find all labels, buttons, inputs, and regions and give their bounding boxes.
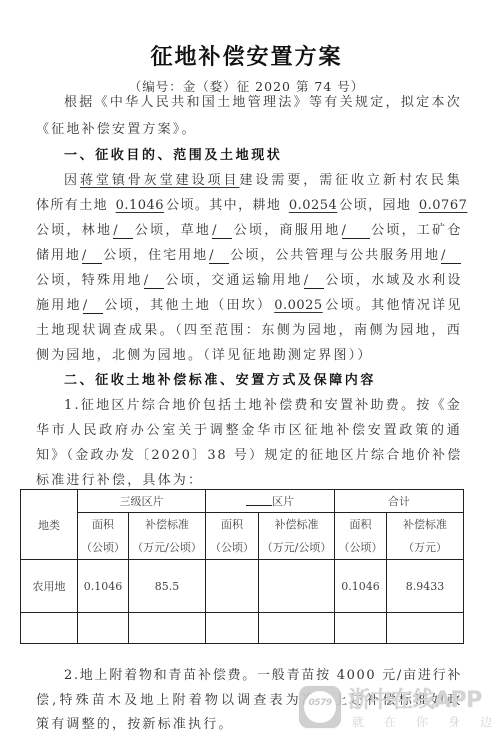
item-1-line-3: 知》（金政办发〔2020〕38 号）规定的征地区片综合地价补偿 bbox=[36, 447, 462, 465]
app-logo-icon: 0579 bbox=[298, 685, 342, 729]
intro-line-2: 《征地补偿安置方案》。 bbox=[36, 121, 462, 139]
area-unit: （公顷） bbox=[335, 536, 386, 559]
text: 公顷，园地 bbox=[339, 198, 411, 213]
text: 公顷，草地 bbox=[134, 223, 211, 238]
text: 公顷，林地 bbox=[36, 223, 112, 238]
garden-area-value: 0.0767 bbox=[417, 198, 470, 213]
cell-land-type bbox=[21, 613, 78, 644]
cultivated-area-value: 0.0254 bbox=[287, 198, 340, 213]
standard-unit: （万元） bbox=[387, 536, 463, 559]
section-1-heading: 一、征收目的、范围及土地现状 bbox=[64, 147, 462, 165]
project-name: 蒋堂镇骨灰堂建设项目 bbox=[80, 173, 240, 188]
table-row bbox=[21, 613, 464, 644]
cell-land-type: 农用地 bbox=[21, 560, 78, 613]
header-group-blank-zone: 区片 bbox=[206, 490, 335, 513]
compensation-table: 地类 三级区片 区片 合计 面积（公顷） 补偿标准（万元/公顷） 面积（公顷） … bbox=[20, 489, 464, 644]
section-1-line-4: 储用地/公顷，住宅用地/公顷，公共管理与公共服务用地/ bbox=[36, 247, 462, 265]
text: 施用地 bbox=[36, 298, 82, 313]
text: 公顷，交通运输用地 bbox=[165, 273, 303, 288]
cell-g2-standard bbox=[259, 560, 335, 613]
public-area-value: / bbox=[441, 249, 461, 264]
text: 公顷，工矿仓 bbox=[371, 223, 462, 238]
water-area-value: / bbox=[83, 299, 103, 314]
text: 公顷，特殊用地 bbox=[36, 273, 143, 288]
header-group-total: 合计 bbox=[335, 490, 464, 513]
text: 公顷，住宅用地 bbox=[103, 248, 208, 263]
cell-g2-standard bbox=[259, 613, 335, 644]
area-label: 面积 bbox=[206, 513, 258, 536]
cell-total-amount: 8.9433 bbox=[387, 560, 464, 613]
watermark-app-name: 浙中在线APP bbox=[348, 683, 482, 714]
header-area: 面积（公顷） bbox=[335, 513, 387, 560]
item-1-line-1: 1.征地区片综合地价包括土地补偿费和安置补助费。按《金 bbox=[64, 397, 462, 415]
standard-label: 补偿标准 bbox=[259, 513, 334, 536]
area-label: 面积 bbox=[78, 513, 128, 536]
header-area: 面积（公顷） bbox=[206, 513, 259, 560]
residential-area-value: / bbox=[209, 249, 229, 264]
industrial-area-value: / bbox=[82, 249, 102, 264]
watermark-slogan: 就 在 你 身 边 bbox=[352, 713, 492, 730]
zone-label: 区片 bbox=[272, 495, 294, 508]
intro-line-1: 根据《中华人民共和国土地管理法》等有关规定，拟定本次 bbox=[64, 94, 462, 112]
special-area-value: / bbox=[144, 274, 164, 289]
slogan-char: 就 bbox=[352, 713, 364, 730]
cell-g1-standard: 85.5 bbox=[129, 560, 206, 613]
section-1-line-7: 土地现状调查成果。（四至范围：东侧为园地，南侧为园地，西 bbox=[36, 322, 462, 340]
header-total-standard: 补偿标准（万元） bbox=[387, 513, 464, 560]
cell-g2-area bbox=[206, 560, 259, 613]
transport-area-value: / bbox=[304, 274, 324, 289]
commercial-area-value: / bbox=[342, 224, 370, 239]
section-1-line-3: 公顷，林地/公顷，草地/公顷，商服用地/公顷，工矿仓 bbox=[36, 222, 462, 240]
total-area-value: 0.1046 bbox=[114, 198, 167, 213]
section-1-line-5: 公顷，特殊用地/公顷，交通运输用地/公顷，水域及水利设 bbox=[36, 272, 462, 290]
table-header-row-1: 地类 三级区片 区片 合计 bbox=[21, 490, 464, 513]
section-1-line-1: 因蒋堂镇骨灰堂建设项目建设需要，需征收立新村农民集 bbox=[64, 172, 462, 190]
section-2-heading: 二、征收土地补偿标准、安置方式及保障内容 bbox=[64, 372, 462, 390]
slogan-char: 你 bbox=[416, 713, 428, 730]
cell-total-area: 0.1046 bbox=[335, 560, 387, 613]
cell-total-area bbox=[335, 613, 387, 644]
standard-label: 补偿标准 bbox=[129, 513, 205, 536]
header-group-tier3: 三级区片 bbox=[78, 490, 206, 513]
slogan-char: 边 bbox=[480, 713, 492, 730]
standard-unit: （万元/公顷） bbox=[129, 536, 205, 559]
text: 公顷，其他土地（田坎） bbox=[104, 298, 272, 313]
blank-zone-slot bbox=[246, 493, 272, 506]
grass-area-value: / bbox=[212, 224, 232, 239]
app-watermark: 0579 浙中在线APP 就 在 你 身 边 bbox=[298, 683, 493, 745]
text: 储用地 bbox=[36, 248, 81, 263]
document-number: （编号：金（婺）征 2020 第 74 号） bbox=[0, 77, 493, 95]
text: 公顷，水域及水利设 bbox=[325, 273, 462, 288]
text: 建设需要，需征收立新村农民集 bbox=[239, 173, 462, 188]
cell-total-amount bbox=[387, 613, 464, 644]
slogan-char: 在 bbox=[384, 713, 396, 730]
section-1-line-2: 体所有土地 0.1046公顷。其中，耕地 0.0254公顷，园地 0.0767 bbox=[36, 197, 462, 215]
area-unit: （公顷） bbox=[78, 536, 128, 559]
document-page: 征地补偿安置方案 （编号：金（婺）征 2020 第 74 号） 根据《中华人民共… bbox=[0, 0, 493, 745]
logo-code: 0579 bbox=[299, 698, 341, 708]
slogan-char: 身 bbox=[448, 713, 460, 730]
cell-g1-standard bbox=[129, 613, 206, 644]
item-1-line-4: 标准进行补偿，具体为： bbox=[36, 472, 462, 490]
section-1-line-8: 侧为园地，北侧为园地。（详见征地勘测定界图）） bbox=[36, 347, 462, 365]
text: 公顷，商服用地 bbox=[233, 223, 340, 238]
standard-label: 补偿标准 bbox=[387, 513, 463, 536]
header-area: 面积（公顷） bbox=[78, 513, 129, 560]
header-land-type: 地类 bbox=[21, 490, 78, 560]
text: 公顷，公共管理与公共服务用地 bbox=[230, 248, 440, 263]
item-1-line-2: 华市人民政府办公室关于调整金华市区征地补偿安置政策的通 bbox=[36, 422, 462, 440]
text: 体所有土地 bbox=[36, 198, 108, 213]
forest-area-value: / bbox=[113, 224, 133, 239]
text: 公顷。其中，耕地 bbox=[166, 198, 281, 213]
header-standard: 补偿标准（万元/公顷） bbox=[129, 513, 206, 560]
table-header-row-2: 面积（公顷） 补偿标准（万元/公顷） 面积（公顷） 补偿标准（万元/公顷） 面积… bbox=[21, 513, 464, 560]
text: 因 bbox=[64, 173, 80, 188]
header-standard: 补偿标准（万元/公顷） bbox=[259, 513, 335, 560]
text: 公顷。其他情况详见 bbox=[325, 298, 462, 313]
cell-g2-area bbox=[206, 613, 259, 644]
cell-g1-area bbox=[78, 613, 129, 644]
other-area-value: 0.0025 bbox=[272, 298, 325, 313]
standard-unit: （万元/公顷） bbox=[259, 536, 334, 559]
section-1-line-6: 施用地/公顷，其他土地（田坎）0.0025公顷。其他情况详见 bbox=[36, 297, 462, 315]
area-label: 面积 bbox=[335, 513, 386, 536]
area-unit: （公顷） bbox=[206, 536, 258, 559]
cell-g1-area: 0.1046 bbox=[78, 560, 129, 613]
table-row: 农用地 0.1046 85.5 0.1046 8.9433 bbox=[21, 560, 464, 613]
document-title: 征地补偿安置方案 bbox=[0, 40, 493, 71]
